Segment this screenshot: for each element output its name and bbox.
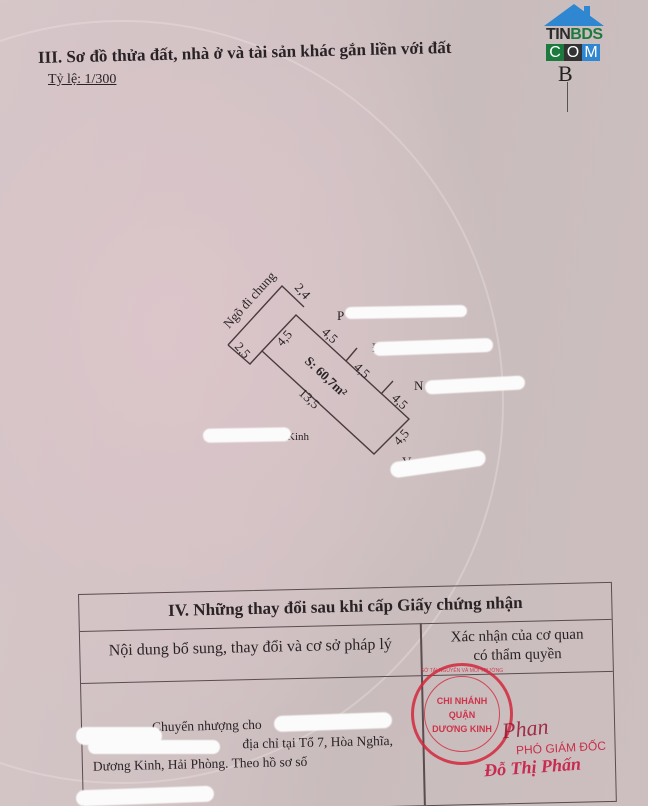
stamp-line1: CHI NHÁNH bbox=[414, 696, 510, 706]
stamp-ring-text: SỞ TÀI NGUYÊN VÀ MÔI TRƯỜNG bbox=[414, 668, 510, 674]
neighbor-p: P bbox=[337, 308, 344, 323]
stamp-line2: QUẬN bbox=[414, 710, 510, 720]
dim-rear: 4,5 bbox=[390, 426, 412, 448]
dim-right-2: 4,5 bbox=[351, 359, 373, 381]
dim-right-3: 4,5 bbox=[389, 390, 411, 412]
redaction-mark bbox=[345, 305, 467, 319]
redaction-mark bbox=[88, 740, 220, 754]
stamp-line3: DƯƠNG KINH bbox=[414, 724, 510, 734]
dim-front: 4,5 bbox=[273, 327, 295, 349]
dim-right-1: 4,5 bbox=[319, 324, 341, 346]
dim-lane-side: 2,5 bbox=[232, 339, 254, 361]
signature-scribble: Phan bbox=[501, 714, 550, 745]
official-stamp: SỞ TÀI NGUYÊN VÀ MÔI TRƯỜNG CHI NHÁNH QU… bbox=[411, 663, 513, 765]
neighbor-n: N bbox=[414, 378, 424, 393]
redaction-mark bbox=[203, 427, 291, 443]
dim-left-long: 13,5 bbox=[296, 385, 323, 411]
column-header-confirmation: Xác nhận của cơ quan có thẩm quyền bbox=[422, 625, 613, 667]
